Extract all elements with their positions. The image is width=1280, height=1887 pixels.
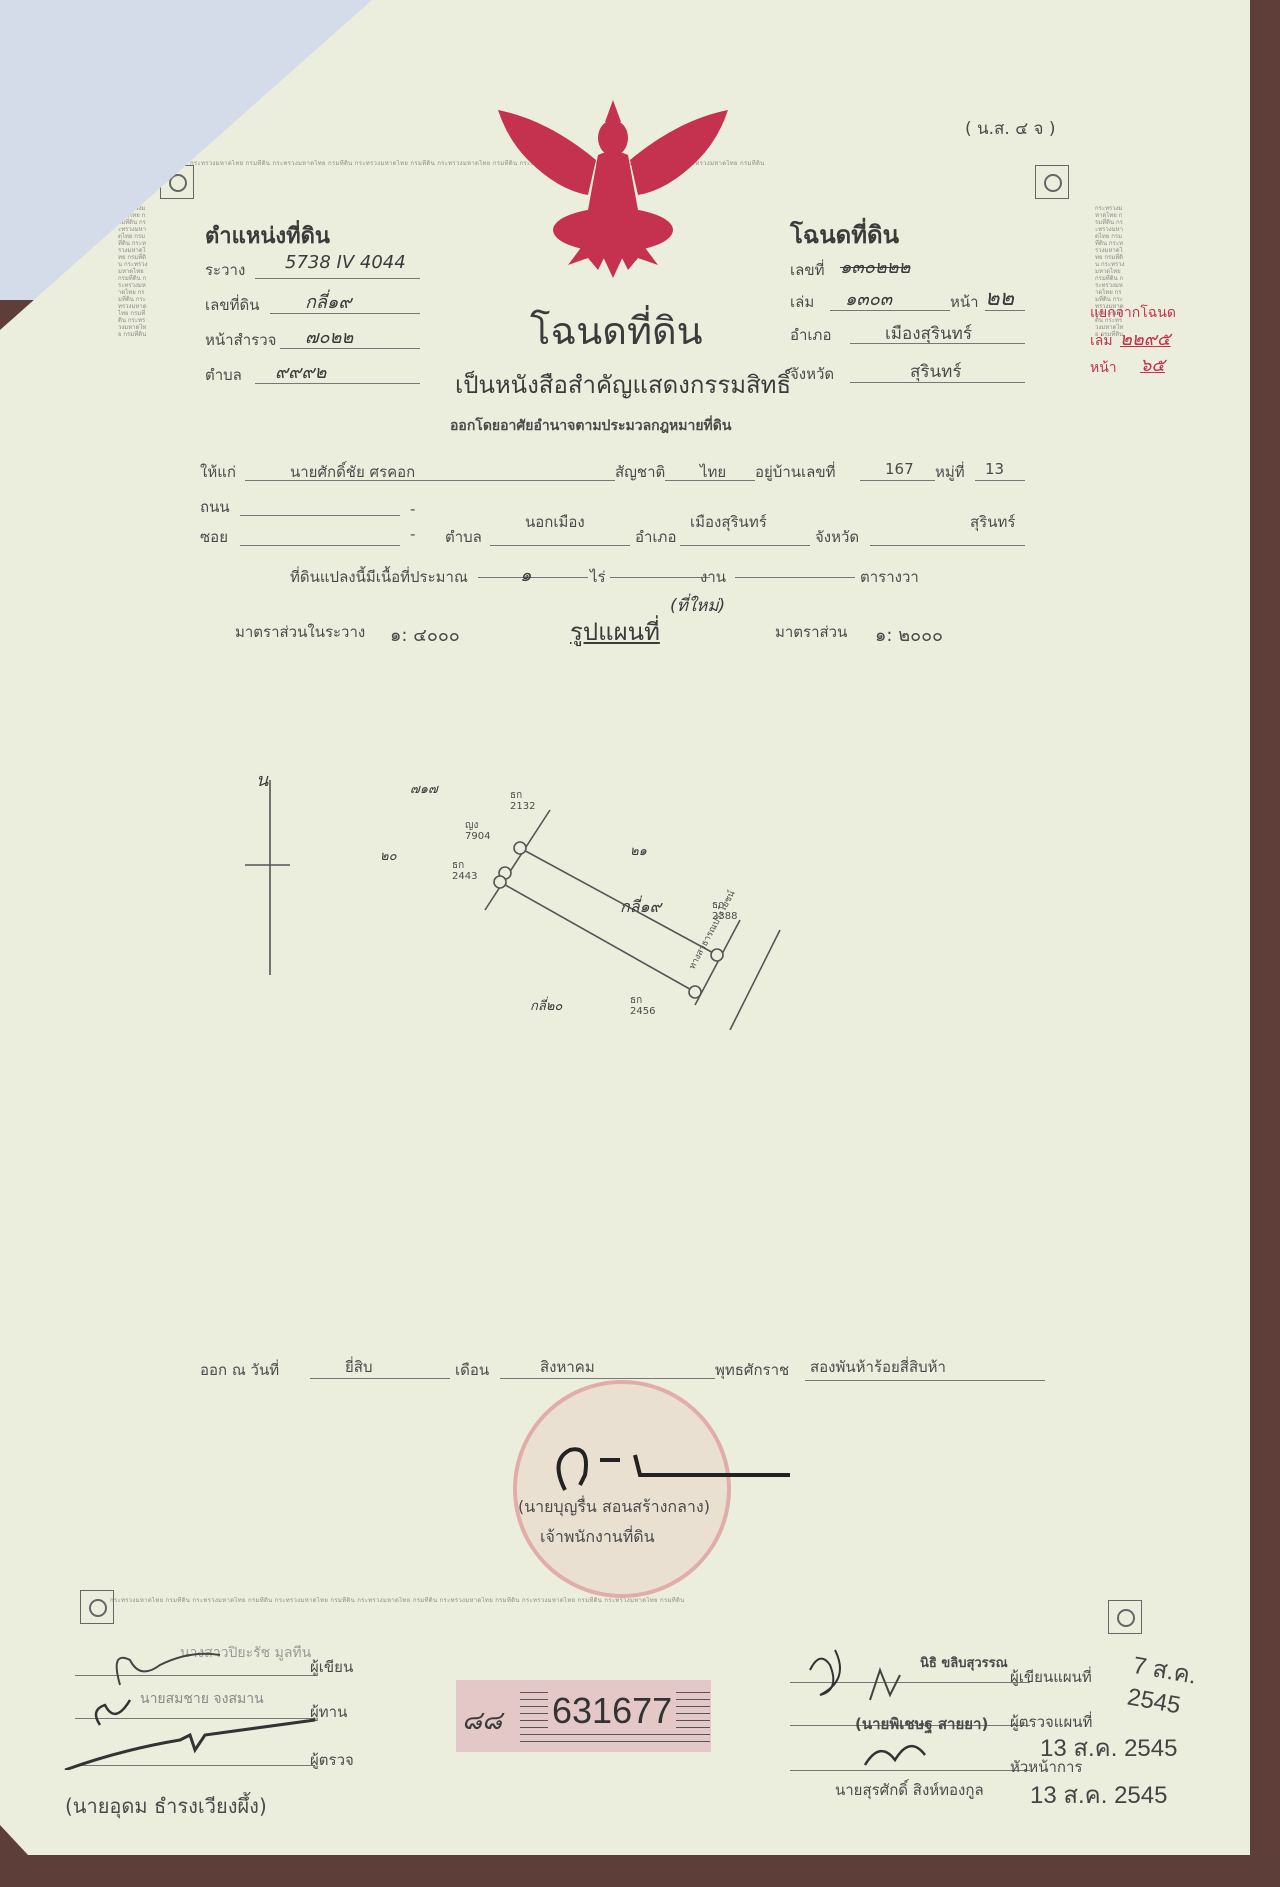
book-value: ๑๓๐๓ <box>845 284 892 313</box>
bottom-left-signer: (นายอุดม ธำรงเวียงผึ้ง) <box>65 1790 267 1822</box>
month-label: เดือน <box>455 1358 489 1382</box>
corner-ornament-icon <box>1035 165 1069 199</box>
deed-heading: โฉนดที่ดิน <box>790 215 899 254</box>
split-page-label: หน้า <box>1090 357 1117 379</box>
neighbor-label: กลี่๒๐ <box>530 995 562 1016</box>
corner-ornament-icon <box>1108 1600 1142 1634</box>
province-value: สุรินทร์ <box>910 358 961 385</box>
owner-name: นายศักดิ์ชัย ศรคอก <box>290 460 415 484</box>
map-sheet-value: 5738 IV 4044 <box>285 252 406 273</box>
field-line <box>500 1378 715 1379</box>
map-writer-date: 7 ส.ค. 2545 <box>1125 1645 1255 1732</box>
marker-label: ธก2443 <box>452 860 477 882</box>
field-line <box>860 480 935 481</box>
frame-bottom: กระทรวงมหาดไทย กรมที่ดิน กระทรวงมหาดไทย … <box>110 1597 1100 1627</box>
nationality-label: สัญชาติ <box>615 460 665 484</box>
house-no-value: 167 <box>885 460 914 478</box>
split-volume-label: เล่ม <box>1090 330 1113 352</box>
field-line <box>610 577 710 578</box>
issued-by-law: ออกโดยอาศัยอำนาจตามประมวลกฎหมายที่ดิน <box>450 415 731 437</box>
wa-label: ตารางวา <box>860 565 919 589</box>
serial-number: 631677 <box>548 1690 676 1732</box>
province-label: จังหวัด <box>815 525 859 549</box>
amphoe-value: เมืองสุรินทร์ <box>885 320 972 347</box>
parcel-map: น กลี่๑๙ ๗๑๗ ๒๐ ๒๑ กลี่๒๐ ธก2132 ญง7904 … <box>230 770 830 1030</box>
field-label: ระวาง <box>205 258 245 282</box>
field-line <box>240 545 400 546</box>
deed-number-value: ๑๓๐๒๒๒ <box>840 252 910 281</box>
field-label: จังหวัด <box>790 362 834 386</box>
road-value: - <box>410 500 415 518</box>
frame-left: กระทรวงมหาดไทย กรมที่ดิน กระทรวงมหาดไทย … <box>118 205 148 1585</box>
document-subtitle: เป็นหนังสือสำคัญแสดงกรรมสิทธิ์ <box>455 365 791 404</box>
scale-sheet-label: มาตราส่วนในระวาง <box>235 620 365 644</box>
north-arrow-label: น <box>256 765 268 794</box>
map-heading: รูปแผนที่ <box>570 612 660 651</box>
rai-value: ๑ <box>520 560 531 589</box>
page-value: ๒๒ <box>985 280 1014 315</box>
owner-to-label: ให้แก่ <box>200 460 236 484</box>
scale-label: มาตราส่วน <box>775 620 847 644</box>
issue-month: สิงหาคม <box>540 1355 595 1379</box>
neighbor-label: ๒๐ <box>380 845 397 866</box>
rai-label: ไร่ <box>590 565 606 589</box>
tambon-label: ตำบล <box>445 525 482 549</box>
area-prefix: ที่ดินแปลงนี้มีเนื้อที่ประมาณ <box>290 565 468 589</box>
left-signature-scribbles <box>60 1640 320 1770</box>
field-line <box>240 515 400 516</box>
tambon-value: นอกเมือง <box>525 510 585 534</box>
serial-prefix: ๘๘ <box>462 1700 502 1741</box>
field-label: เลขที่ดิน <box>205 293 259 317</box>
parcel-number-value: กลี่๑๙ <box>305 287 352 316</box>
right-signature-scribbles <box>790 1640 1030 1780</box>
scale-value: ๑: ๒๐๐๐ <box>875 620 943 649</box>
field-label: เล่ม <box>790 290 814 314</box>
official-title: เจ้าพนักงานที่ดิน <box>540 1525 655 1550</box>
field-line <box>870 545 1025 546</box>
moo-value: 13 <box>985 460 1004 478</box>
soi-label: ซอย <box>200 525 228 549</box>
land-title-deed: กระทรวงมหาดไทย กรมที่ดิน กระทรวงมหาดไทย … <box>0 0 1250 1855</box>
marker-label: ธก2132 <box>510 790 535 812</box>
road-label: ถนน <box>200 495 230 519</box>
amphoe-label: อำเภอ <box>635 525 676 549</box>
corner-ornament-icon <box>80 1590 114 1624</box>
garuda-emblem-icon <box>488 100 738 280</box>
house-no-label: อยู่บ้านเลขที่ <box>755 460 835 484</box>
field-line <box>490 545 630 546</box>
field-label: เลขที่ <box>790 258 824 282</box>
document-title: โฉนดที่ดิน <box>530 300 703 361</box>
field-label: ตำบล <box>205 363 242 387</box>
province-value: สุรินทร์ <box>970 510 1015 534</box>
neighbor-label: ๗๑๗ <box>410 778 438 799</box>
split-volume-value: ๒๒๙๕ <box>1120 324 1171 353</box>
field-line <box>975 480 1025 481</box>
amphoe-value: เมืองสุรินทร์ <box>690 510 767 534</box>
head-date: 13 ส.ค. 2545 <box>1030 1775 1167 1814</box>
frame-right: กระทรวงมหาดไทย กรมที่ดิน กระทรวงมหาดไทย … <box>1095 205 1125 1595</box>
year-label: พุทธศักราช <box>715 1358 789 1382</box>
form-code: ( น.ส. ๔ จ ) <box>965 115 1056 142</box>
soi-value: - <box>410 525 415 543</box>
field-line <box>805 1380 1045 1381</box>
land-location-heading: ตำแหน่งที่ดิน <box>205 218 330 253</box>
field-label: หน้าสำรวจ <box>205 328 276 352</box>
issue-year: สองพันห้าร้อยสี่สิบห้า <box>810 1355 946 1379</box>
issue-day: ยี่สิบ <box>345 1355 372 1379</box>
field-label: อำเภอ <box>790 323 831 347</box>
scale-sheet-value: ๑: ๔๐๐๐ <box>390 620 460 649</box>
parcel-label: กลี่๑๙ <box>620 895 661 920</box>
marker-label: ธก2456 <box>630 995 655 1017</box>
field-line <box>735 577 855 578</box>
field-line <box>680 545 810 546</box>
field-line <box>478 577 588 578</box>
split-note-label: แยกจากโฉนด <box>1090 302 1176 324</box>
tambon-code-value: ๙๙๙๒ <box>275 357 326 386</box>
split-page-value: ๖๕ <box>1140 350 1165 379</box>
ngan-label: งาน <box>700 565 726 589</box>
survey-page-value: ๗๐๒๒ <box>305 322 353 351</box>
official-signature <box>540 1430 800 1500</box>
field-label: หน้า <box>950 290 979 314</box>
map-annotation: (ที่ใหม่) <box>670 592 725 619</box>
head-name: นายสุรศักดิ์ สิงห์ทองกูล <box>835 1778 984 1802</box>
marker-label: ญง7904 <box>465 820 490 842</box>
nationality-value: ไทย <box>700 460 726 484</box>
field-line <box>310 1378 450 1379</box>
moo-label: หมู่ที่ <box>935 460 965 484</box>
neighbor-label: ๒๑ <box>630 840 647 861</box>
issue-prefix: ออก ณ วันที่ <box>200 1358 279 1382</box>
field-line <box>255 278 420 279</box>
official-name: (นายบุญรื่น สอนสร้างกลาง) <box>518 1495 710 1520</box>
